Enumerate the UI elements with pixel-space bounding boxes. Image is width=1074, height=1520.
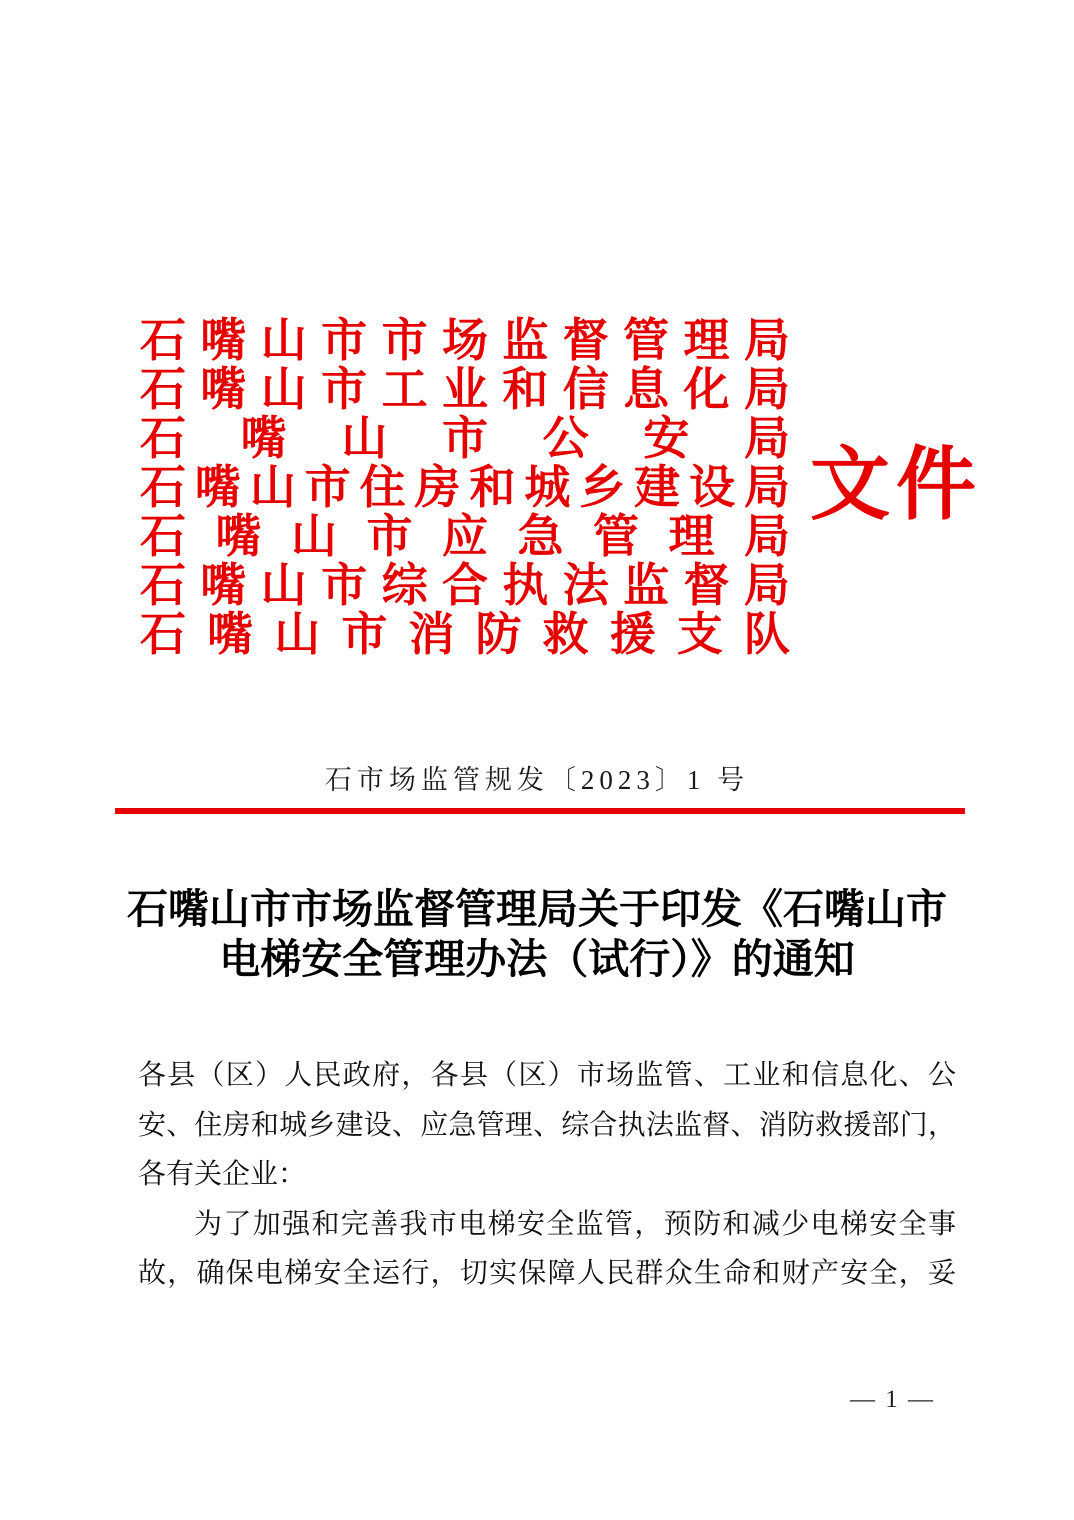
body-line: 各有关企业： [138,1150,956,1200]
body-line: 安、住房和城乡建设、应急管理、综合执法监督、消防救援部门， [138,1101,956,1151]
agency-name: 石嘴山市住房和城乡建设局 [140,463,790,512]
agency-name: 石嘴山市工业和信息化局 [140,365,790,414]
agency-name: 石嘴山市公安局 [140,414,790,463]
document-title-line2: 电梯安全管理办法（试行）》的通知 [110,934,964,984]
document-title: 石嘴山市市场监督管理局关于印发《石嘴山市 电梯安全管理办法（试行）》的通知 [110,884,964,984]
letterhead-agency-list: 石嘴山市市场监督管理局 石嘴山市工业和信息化局 石嘴山市公安局 石嘴山市住房和城… [140,316,790,659]
document-title-line1: 石嘴山市市场监督管理局关于印发《石嘴山市 [110,884,964,934]
body-line: 为了加强和完善我市电梯安全监管，预防和减少电梯安全事 [138,1200,956,1250]
agency-name: 石嘴山市综合执法监督局 [140,561,790,610]
agency-name: 石嘴山市市场监督管理局 [140,316,790,365]
page-number: — 1 — [850,1386,935,1414]
document-reference-number: 石市场监管规发〔2023〕1 号 [0,758,1074,797]
agency-name: 石嘴山市应急管理局 [140,512,790,561]
letterhead-divider-rule [115,808,965,814]
body-line: 各县（区）人民政府，各县（区）市场监管、工业和信息化、公 [138,1051,956,1101]
body-line: 故，确保电梯安全运行，切实保障人民群众生命和财产安全，妥 [138,1249,956,1299]
letterhead-document-label: 文件 [810,446,982,526]
document-page: 石嘴山市市场监督管理局 石嘴山市工业和信息化局 石嘴山市公安局 石嘴山市住房和城… [0,0,1074,1520]
agency-name: 石嘴山市消防救援支队 [140,610,790,659]
document-body: 各县（区）人民政府，各县（区）市场监管、工业和信息化、公 安、住房和城乡建设、应… [138,1051,956,1299]
